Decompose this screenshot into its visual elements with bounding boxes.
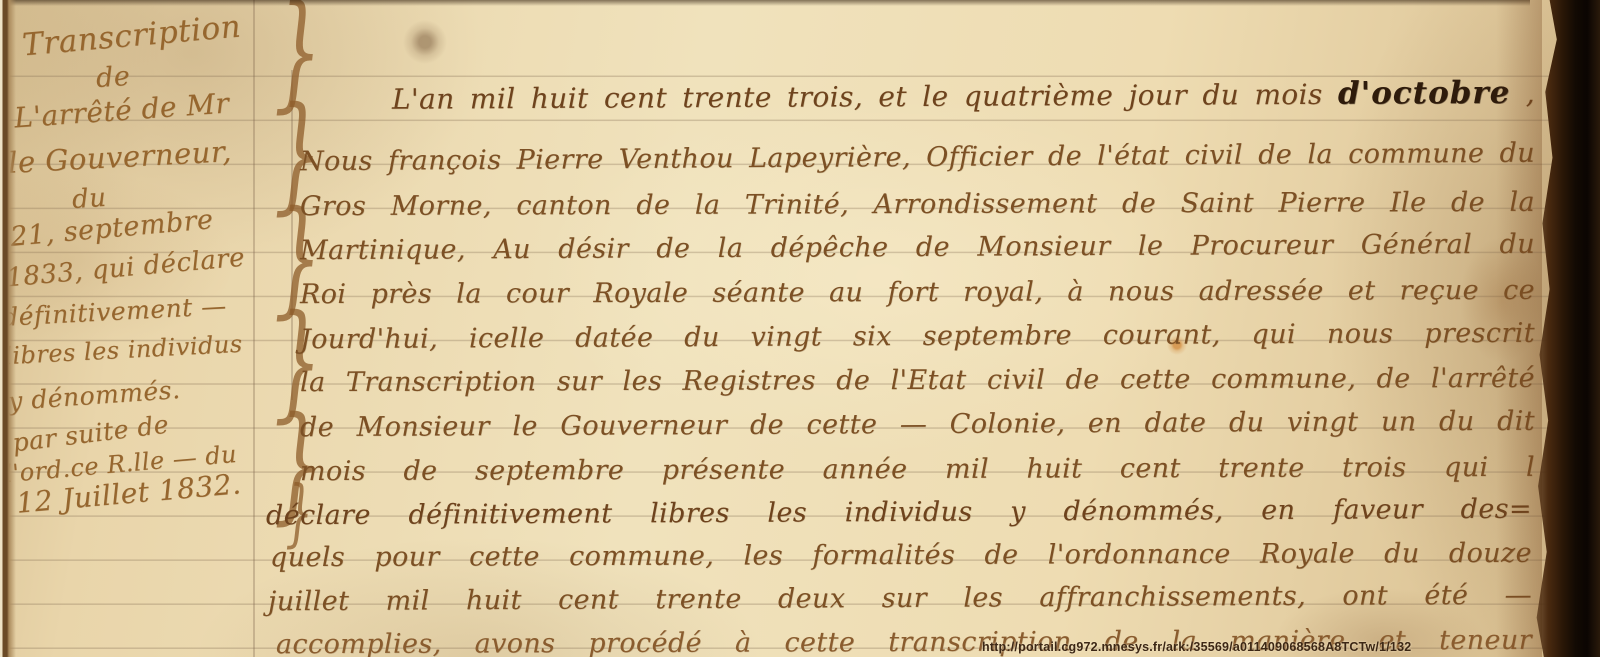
opening-text: L'an mil huit cent trente trois, et le q…	[392, 78, 1338, 116]
margin-line: du	[71, 183, 107, 215]
body-line: Jourd'hui, icelle datée du vingt six sep…	[300, 318, 1535, 355]
body-line: de Monsieur le Gouverneur de cette — Col…	[300, 406, 1535, 443]
margin-line: de	[95, 61, 131, 94]
body-line: déclare définitivement libres les indivi…	[266, 494, 1532, 532]
body-line: Roi près la cour Royale séante au fort r…	[300, 275, 1535, 310]
margin-rule-line	[253, 0, 255, 657]
body-line: la Transcription sur les Registres de l'…	[300, 363, 1535, 398]
body-line: juillet mil huit cent trente deux sur le…	[268, 580, 1532, 618]
body-line: Martinique, Au désir de la dépêche de Mo…	[300, 229, 1535, 266]
manuscript-page: Transcription de L'arrêté de Mr le Gouve…	[0, 0, 1600, 657]
inserted-month-word: d'octobre	[1338, 75, 1511, 112]
body-line: mois de septembre présente année mil hui…	[300, 452, 1535, 487]
body-line: Gros Morne, canton de la Trinité, Arrond…	[300, 187, 1535, 222]
body-line-opening: L'an mil huit cent trente trois, et le q…	[300, 75, 1535, 117]
binding-fold-shadow	[1496, 0, 1542, 657]
body-line: quels pour cette commune, les formalités…	[270, 538, 1532, 573]
archive-url-watermark: http://portail.cg972.mnesys.fr/ark:/3556…	[982, 640, 1411, 654]
page-edge-left	[0, 0, 16, 657]
page-edge-top-shadow	[0, 0, 1530, 6]
